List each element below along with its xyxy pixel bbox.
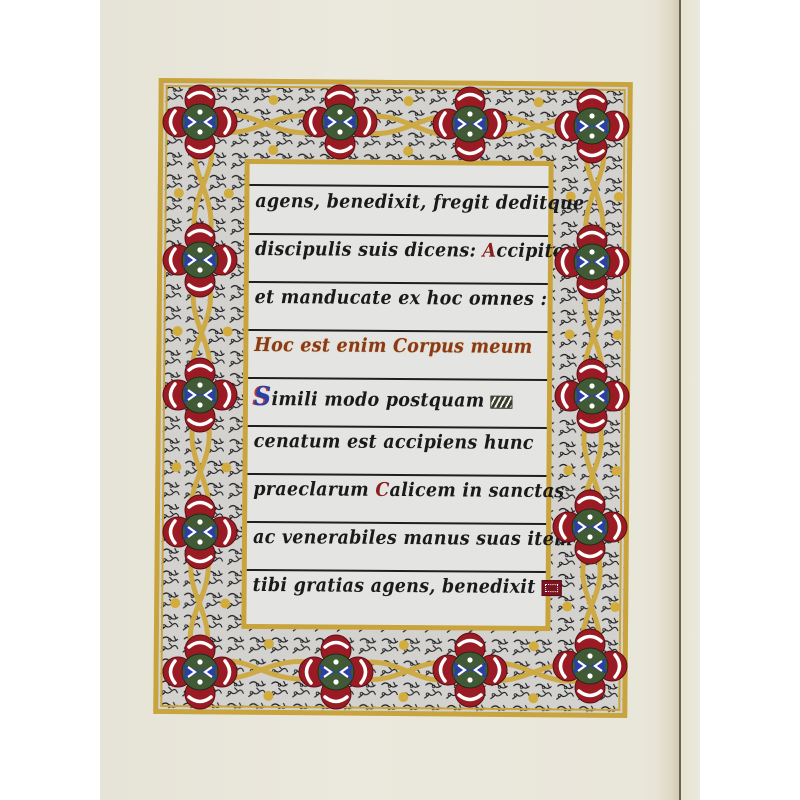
quatrefoil-ornament-icon [554, 224, 630, 300]
rubric-initial-C: C [375, 479, 389, 501]
quatrefoil-ornament-icon [554, 88, 630, 164]
quatrefoil-ornament-icon [162, 494, 238, 570]
text-line-2: discipulis suis dicens: Accipite [255, 238, 519, 280]
quatrefoil-ornament-icon [162, 357, 238, 433]
quatrefoil-ornament-icon [302, 84, 378, 160]
ruled-line [248, 377, 547, 381]
line-text: ac venerabiles manus suas item [253, 526, 573, 550]
adjacent-page-strip [681, 0, 700, 800]
quatrefoil-ornament-icon [432, 632, 508, 708]
rubric-initial-A: A [483, 240, 497, 262]
ruled-line [249, 184, 548, 188]
line-text-post: alicem in sanctas [389, 479, 564, 502]
text-line-8: ac venerabiles manus suas item [253, 526, 517, 568]
line-text: agens, benedixit, fregit deditque [255, 190, 584, 214]
quatrefoil-ornament-icon [554, 358, 630, 434]
quatrefoil-ornament-icon [162, 634, 238, 710]
quatrefoil-ornament-icon [552, 489, 628, 565]
text-line-1: agens, benedixit, fregit deditque [255, 190, 519, 232]
line-text-post: imili modo postquam [271, 388, 484, 411]
quatrefoil-ornament-icon [162, 222, 238, 298]
text-line-5: Simili modo postquam [254, 382, 518, 424]
quatrefoil-ornament-icon [432, 86, 508, 162]
line-text: tibi gratias agens, benedixit [253, 574, 536, 598]
ruled-line [248, 329, 547, 333]
line-text-pre: discipulis suis dicens: [255, 238, 483, 262]
red-line-filler-icon [541, 580, 561, 596]
page-crease [655, 0, 679, 800]
text-line-6: cenatum est accipiens hunc [253, 430, 517, 472]
ruled-line [247, 569, 546, 573]
ruled-line [249, 233, 548, 237]
line-text: et manducate ex hoc omnes : [255, 286, 548, 310]
ruled-line [248, 425, 547, 429]
ruled-line [247, 473, 546, 477]
text-line-3: et manducate ex hoc omnes : [254, 286, 518, 328]
quatrefoil-ornament-icon [298, 634, 374, 710]
text-line-4-rubric: Hoc est enim Corpus meum [254, 334, 518, 376]
ruled-line [247, 521, 546, 525]
ruled-line [249, 281, 548, 285]
line-text-pre: praeclarum [253, 478, 375, 501]
text-line-9: tibi gratias agens, benedixit [252, 574, 516, 616]
text-line-7: praeclarum Calicem in sanctas [253, 478, 517, 520]
decorated-initial-S: S [254, 382, 272, 412]
text-panel: agens, benedixit, fregit deditque discip… [241, 159, 553, 631]
rubric-line: Hoc est enim Corpus meum [254, 334, 532, 358]
line-text: cenatum est accipiens hunc [254, 430, 534, 454]
quatrefoil-ornament-icon [552, 628, 628, 704]
quatrefoil-ornament-icon [162, 84, 238, 160]
line-filler-icon [490, 395, 512, 408]
